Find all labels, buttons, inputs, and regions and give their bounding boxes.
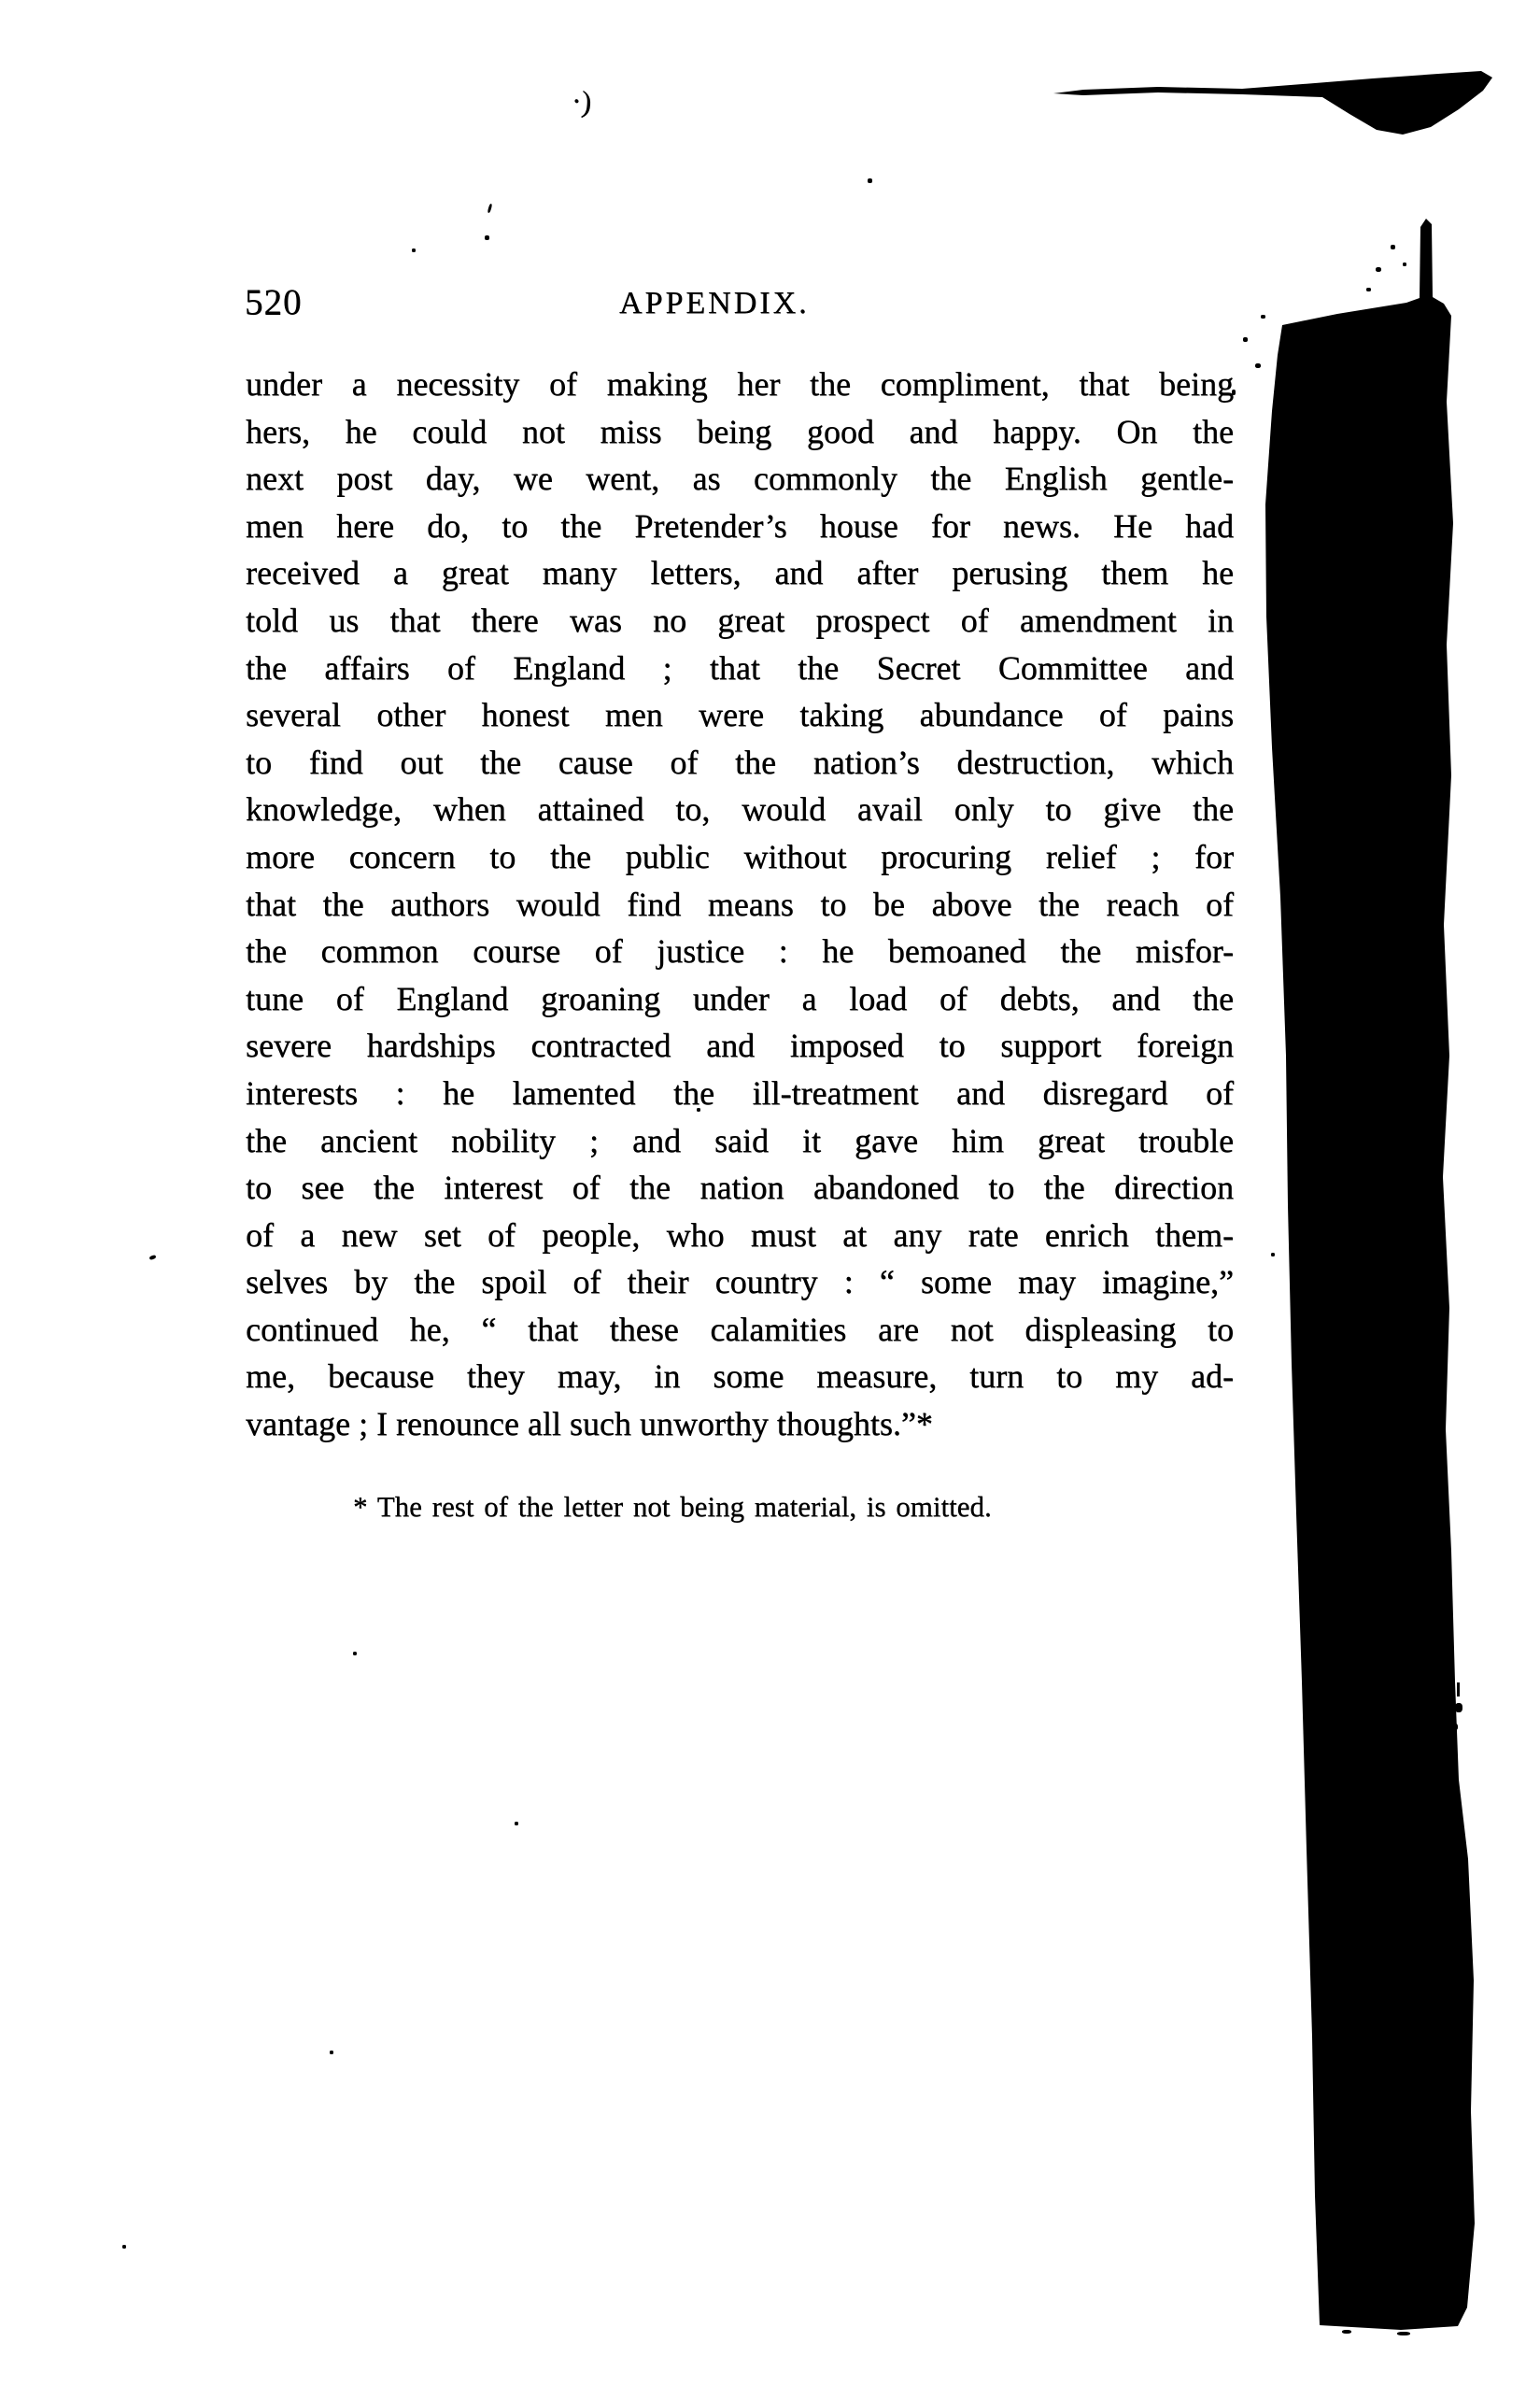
ink-speck	[1366, 288, 1371, 291]
ink-speck	[1376, 267, 1381, 272]
ink-speck	[515, 1822, 518, 1825]
body-paragraph: under a necessity of making her the comp…	[246, 361, 1234, 1448]
body-line: received a great many letters, and after…	[246, 549, 1234, 597]
ink-speck	[1455, 1703, 1462, 1712]
ink-speck	[1261, 315, 1265, 319]
body-line: next post day, we went, as commonly the …	[246, 455, 1234, 503]
body-line: told us that there was no great prospect…	[246, 597, 1234, 645]
ink-speck	[868, 178, 872, 183]
body-line: more concern to the public without procu…	[246, 833, 1234, 881]
page-number: 520	[245, 281, 303, 323]
body-line: tune of England groaning under a load of…	[246, 975, 1234, 1023]
ink-speck	[1232, 390, 1236, 395]
ink-speck	[697, 1108, 700, 1112]
body-line: severe hardships contracted and imposed …	[246, 1022, 1234, 1070]
footnote: * The rest of the letter not being mater…	[353, 1490, 1194, 1524]
ink-speck	[1457, 1682, 1460, 1696]
body-line: the common course of justice : he bemoan…	[246, 928, 1234, 975]
ink-speck	[1271, 1253, 1275, 1256]
ink-speck	[1403, 263, 1406, 266]
ink-speck	[1342, 2330, 1351, 2334]
ink-speck	[485, 235, 489, 240]
body-line: to find out the cause of the nation’s de…	[246, 739, 1234, 787]
ink-speck	[1453, 1724, 1458, 1730]
ink-speck	[122, 2245, 126, 2249]
body-line: vantage ; I renounce all such unworthy t…	[246, 1400, 1234, 1448]
ink-speck	[353, 1652, 357, 1655]
ink-speck	[1243, 337, 1248, 342]
body-line: several other honest men were taking abu…	[246, 691, 1234, 739]
body-line: knowledge, when attained to, would avail…	[246, 786, 1234, 833]
ink-speck	[1397, 2332, 1410, 2335]
body-line: continued he, “ that these calamities ar…	[246, 1306, 1234, 1354]
ink-speck	[487, 204, 493, 213]
stray-ink-mark: ·)	[571, 83, 593, 119]
body-line: men here do, to the Pretender’s house fo…	[246, 503, 1234, 550]
body-line: me, because they may, in some measure, t…	[246, 1353, 1234, 1400]
ink-speck	[330, 2051, 333, 2054]
body-line: hers, he could not miss being good and h…	[246, 408, 1234, 456]
body-line: selves by the spoil of their country : “…	[246, 1258, 1234, 1306]
body-line: to see the interest of the nation abando…	[246, 1164, 1234, 1212]
body-line: that the authors would find means to be …	[246, 881, 1234, 929]
scanned-book-page: 520 APPENDIX. under a necessity of makin…	[0, 0, 1540, 2399]
body-line: the ancient nobility ; and said it gave …	[246, 1117, 1234, 1165]
ink-speck	[1391, 245, 1395, 249]
ink-speck	[1255, 363, 1261, 368]
running-head: APPENDIX.	[619, 286, 810, 321]
ink-speck	[149, 1255, 157, 1260]
body-line: interests : he lamented the ill-treatmen…	[246, 1070, 1234, 1117]
body-line: the affairs of England ; that the Secret…	[246, 645, 1234, 692]
body-line: under a necessity of making her the comp…	[246, 361, 1234, 408]
body-line: of a new set of people, who must at any …	[246, 1212, 1234, 1259]
ink-speck	[412, 248, 416, 252]
